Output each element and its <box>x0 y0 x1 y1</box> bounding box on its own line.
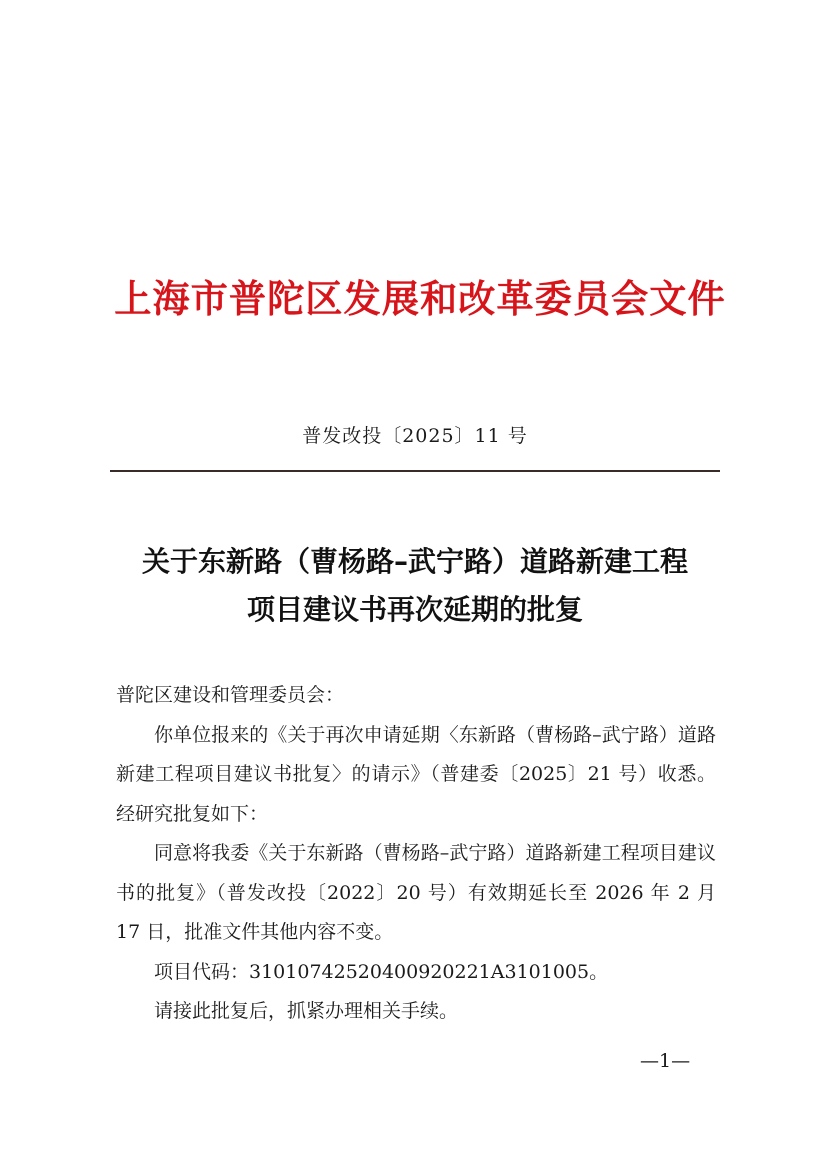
subject-line-1: 关于东新路（曹杨路–武宁路）道路新建工程 <box>110 538 720 586</box>
subject-line-2: 项目建议书再次延期的批复 <box>110 586 720 634</box>
addressee: 普陀区建设和管理委员会： <box>116 676 716 716</box>
project-code: 项目代码：31010742520400920221A3101005。 <box>116 953 716 993</box>
issuer-title: 上海市普陀区发展和改革委员会文件 <box>114 268 722 323</box>
body-paragraph-2: 同意将我委《关于东新路（曹杨路–武宁路）道路新建工程项目建议书的批复》（普发改投… <box>116 834 716 953</box>
separator-rule <box>110 470 720 472</box>
closing-instruction: 请接此批复后，抓紧办理相关手续。 <box>116 992 716 1032</box>
document-body: 普陀区建设和管理委员会： 你单位报来的《关于再次申请延期〈东新路（曹杨路–武宁路… <box>116 676 716 1032</box>
body-paragraph-1: 你单位报来的《关于再次申请延期〈东新路（曹杨路–武宁路）道路新建工程项目建议书批… <box>116 716 716 835</box>
document-number: 普发改投〔2025〕11 号 <box>110 421 720 448</box>
page-number: —1— <box>640 1050 690 1072</box>
document-subject: 关于东新路（曹杨路–武宁路）道路新建工程 项目建议书再次延期的批复 <box>110 538 720 634</box>
